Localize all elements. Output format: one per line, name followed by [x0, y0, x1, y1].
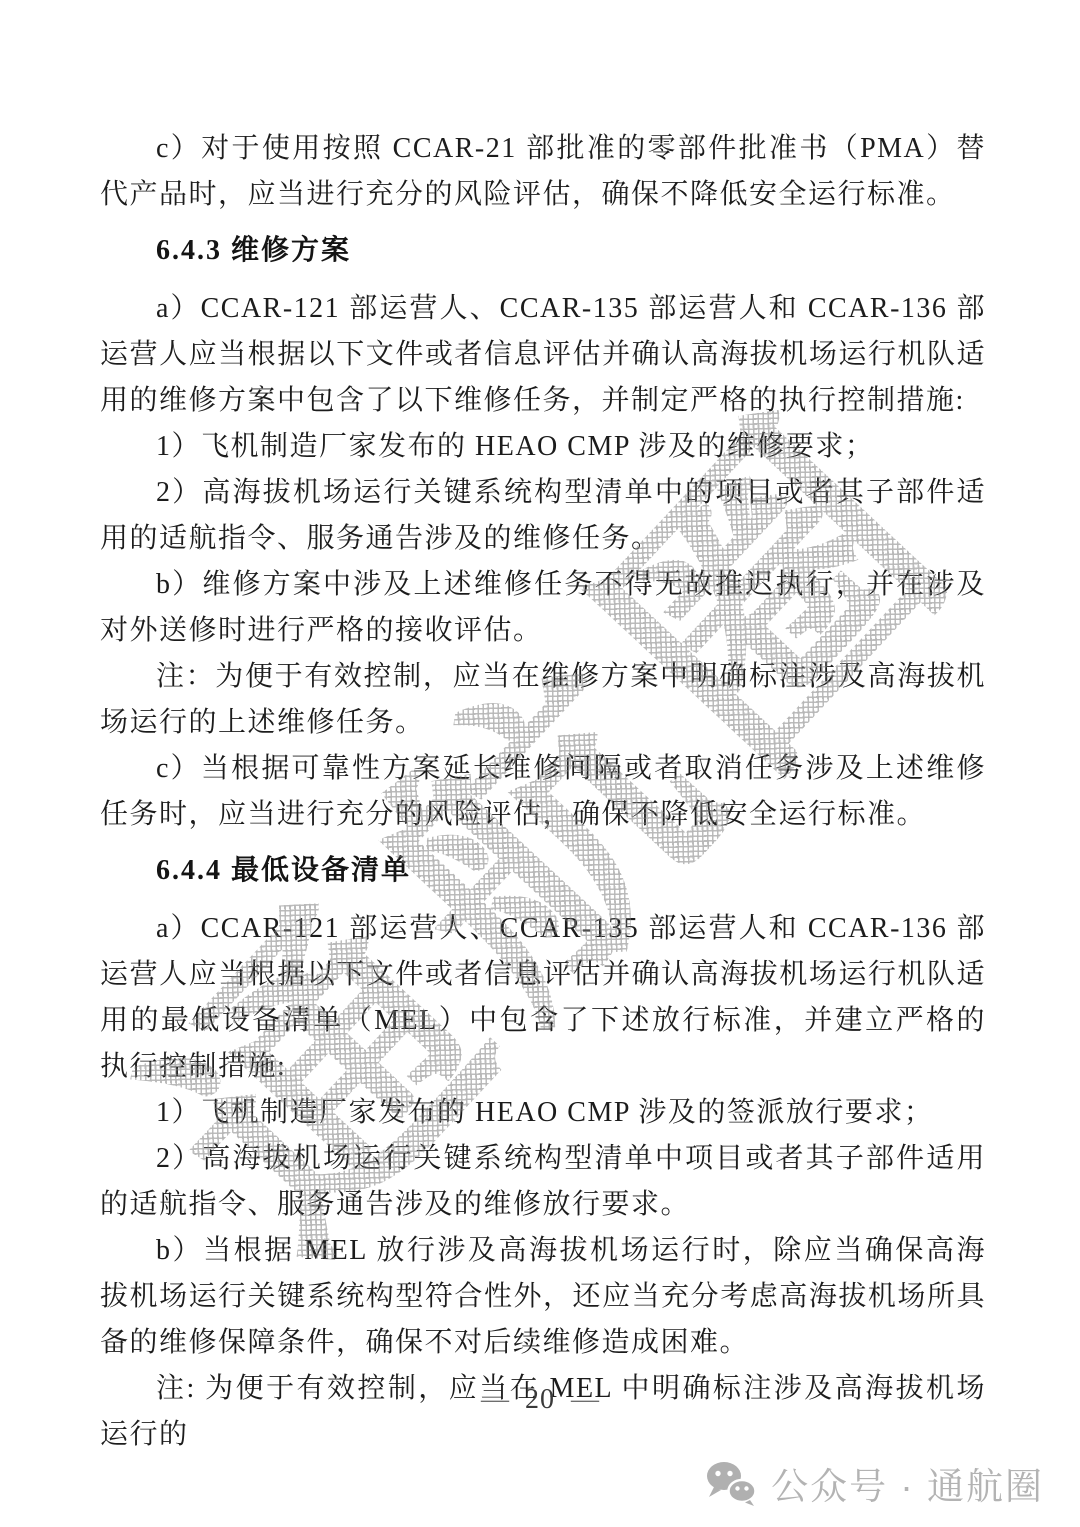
page-number-value: 20 — [525, 1384, 555, 1415]
paragraph-b-no-deferral: b）维修方案中涉及上述维修任务不得无故推迟执行，并在涉及对外送修时进行严格的接收… — [100, 562, 986, 654]
wechat-icon — [705, 1460, 757, 1506]
paragraph-a-mel: a）CCAR-121 部运营人、CCAR-135 部运营人和 CCAR-136 … — [100, 906, 986, 1090]
paragraph-b-mel-release: b）当根据 MEL 放行涉及高海拔机场运行时，除应当确保高海拔机场运行关键系统构… — [100, 1228, 986, 1366]
wechat-account-label: 公众号 · 通航圈 — [771, 1456, 1044, 1510]
page-number-dash-left: — — [481, 1384, 509, 1415]
list-item-1-heao-cmp: 1）飞机制造厂家发布的 HEAO CMP 涉及的维修要求； — [100, 424, 986, 470]
section-heading-6-4-4: 6.4.4 最低设备清单 — [100, 848, 986, 894]
list-item-2-ad-sb-tasks: 2）高海拔机场运行关键系统构型清单中的项目或者其子部件适用的适航指令、服务通告涉… — [100, 470, 986, 562]
document-page: c）对于使用按照 CCAR-21 部批准的零部件批准书（PMA）替代产品时，应当… — [0, 0, 1080, 1527]
section-heading-6-4-3: 6.4.3 维修方案 — [100, 228, 986, 274]
list-item-1-dispatch-release: 1）飞机制造厂家发布的 HEAO CMP 涉及的签派放行要求； — [100, 1090, 986, 1136]
note-maintenance-plan: 注：为便于有效控制，应当在维修方案中明确标注涉及高海拔机场运行的上述维修任务。 — [100, 654, 986, 746]
document-content: c）对于使用按照 CCAR-21 部批准的零部件批准书（PMA）替代产品时，应当… — [100, 126, 986, 1458]
page-number-dash-right: — — [571, 1384, 599, 1415]
paragraph-c-pma-substitute: c）对于使用按照 CCAR-21 部批准的零部件批准书（PMA）替代产品时，应当… — [100, 126, 986, 218]
list-item-2-release-req: 2）高海拔机场运行关键系统构型清单中项目或者其子部件适用的适航指令、服务通告涉及… — [100, 1136, 986, 1228]
paragraph-c-reliability: c）当根据可靠性方案延长维修间隔或者取消任务涉及上述维修任务时，应当进行充分的风… — [100, 746, 986, 838]
page-number: —20— — [0, 1384, 1080, 1416]
paragraph-a-maintenance-plan: a）CCAR-121 部运营人、CCAR-135 部运营人和 CCAR-136 … — [100, 286, 986, 424]
wechat-account-badge: 公众号 · 通航圈 — [705, 1456, 1044, 1510]
